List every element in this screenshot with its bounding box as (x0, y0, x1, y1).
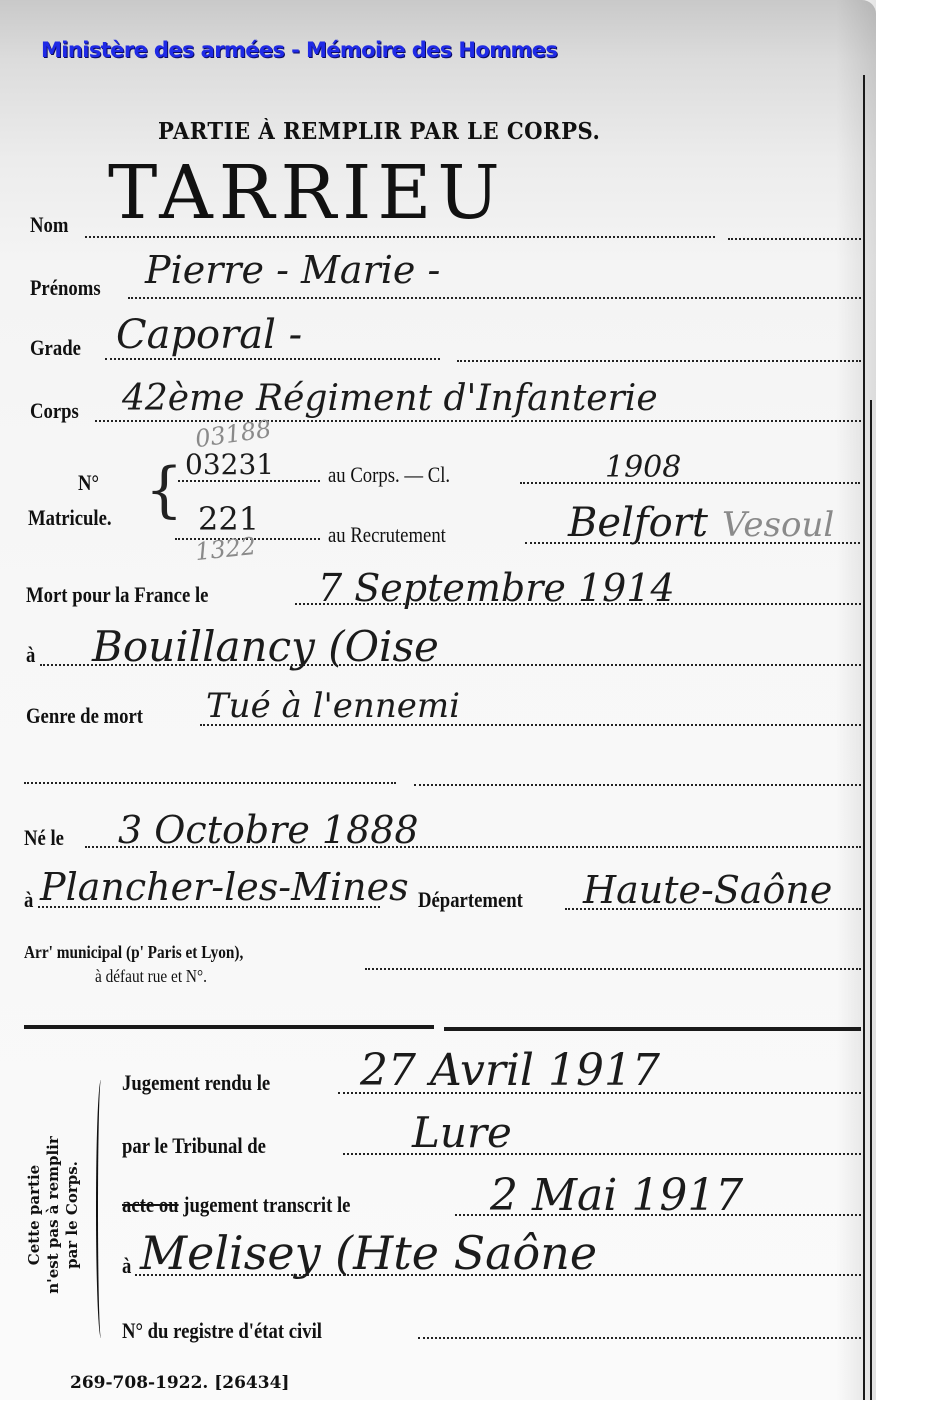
classe-value: 1908 (605, 450, 681, 485)
grade-value: Caporal - (116, 312, 302, 358)
recrutement-place-annotation: Vesoul (722, 505, 834, 545)
mort-lieu-label: à (26, 642, 35, 668)
arrondissement-line (365, 968, 861, 970)
corps-label: Corps (30, 398, 79, 424)
watermark: Ministère des armées - Mémoire des Homme… (41, 38, 557, 62)
blank-line (24, 782, 396, 784)
transcrit-label: acte ou jugement transcrit le (122, 1192, 350, 1218)
nom-line-2 (728, 238, 861, 240)
matricule-label: Matricule. (28, 505, 112, 531)
ne-le-label: Né le (24, 825, 64, 851)
grade-label: Grade (30, 335, 81, 361)
jugement-rendu-value: 27 Avril 1917 (360, 1045, 660, 1096)
transcrit-label-text: jugement transcrit le (183, 1192, 350, 1217)
ne-le-value: 3 Octobre 1888 (118, 808, 419, 852)
ne-lieu-value: Plancher-les-Mines (40, 865, 409, 909)
nom-value: TARRIEU (108, 150, 506, 236)
mort-lieu-value: Bouillancy (Oise (92, 622, 439, 671)
side-note: Cette partie n'est pas à remplir par le … (25, 1120, 82, 1310)
ne-lieu-label: à (24, 887, 33, 913)
side-note-line: Cette partie (25, 1120, 44, 1310)
departement-label: Département (418, 887, 523, 913)
side-note-line: n'est pas à remplir (44, 1120, 63, 1310)
arrondissement-label-2: à défaut rue et N°. (95, 966, 207, 987)
tribunal-value: Lure (412, 1108, 512, 1157)
recrutement-place-value: Belfort (568, 500, 708, 546)
transcrit-value: 2 Mai 1917 (490, 1170, 743, 1221)
struck-text: acte ou (122, 1192, 179, 1217)
transcrit-lieu-value: Melisey (Hte Saône (140, 1226, 597, 1280)
side-brace (96, 1080, 106, 1338)
prenoms-line (128, 297, 861, 299)
blank-line-2 (414, 784, 861, 786)
jugement-rendu-label: Jugement rendu le (122, 1070, 270, 1096)
border-line (863, 75, 865, 1400)
mort-date-label: Mort pour la France le (26, 582, 208, 608)
registre-label: N° du registre d'état civil (122, 1318, 322, 1344)
nom-label: Nom (30, 212, 68, 238)
grade-line (105, 358, 440, 360)
au-recrutement-label: au Recrutement (328, 522, 446, 548)
prenoms-value: Pierre - Marie - (145, 248, 440, 292)
section-divider-2 (444, 1027, 861, 1031)
tribunal-label: par le Tribunal de (122, 1133, 266, 1159)
section-divider (24, 1025, 434, 1029)
arrondissement-label: Arr' municipal (p' Paris et Lyon), (24, 942, 243, 963)
corps-line (95, 420, 861, 422)
genre-mort-value: Tué à l'ennemi (206, 686, 460, 726)
departement-value: Haute-Saône (583, 868, 832, 912)
genre-mort-label: Genre de mort (26, 703, 143, 729)
classe-line (520, 482, 860, 484)
mort-date-value: 7 Septembre 1914 (318, 566, 675, 610)
no-label: N° (78, 470, 99, 496)
grade-line-2 (457, 360, 861, 362)
transcrit-lieu-label: à (122, 1253, 131, 1279)
corps-value: 42ème Régiment d'Infanterie (122, 378, 658, 419)
au-corps-label: au Corps. — Cl. (328, 462, 450, 488)
nom-line (85, 236, 715, 238)
border-line (870, 400, 872, 1400)
brace: { (145, 460, 183, 520)
corps-number-value: 03231 (185, 448, 274, 481)
form-heading: PARTIE À REMPLIR PAR LE CORPS. (158, 118, 600, 145)
footer-reference: 269-708-1922. [26434] (70, 1373, 289, 1393)
registre-line (418, 1337, 861, 1339)
prenoms-label: Prénoms (30, 275, 101, 301)
side-note-line: par le Corps. (63, 1120, 82, 1310)
